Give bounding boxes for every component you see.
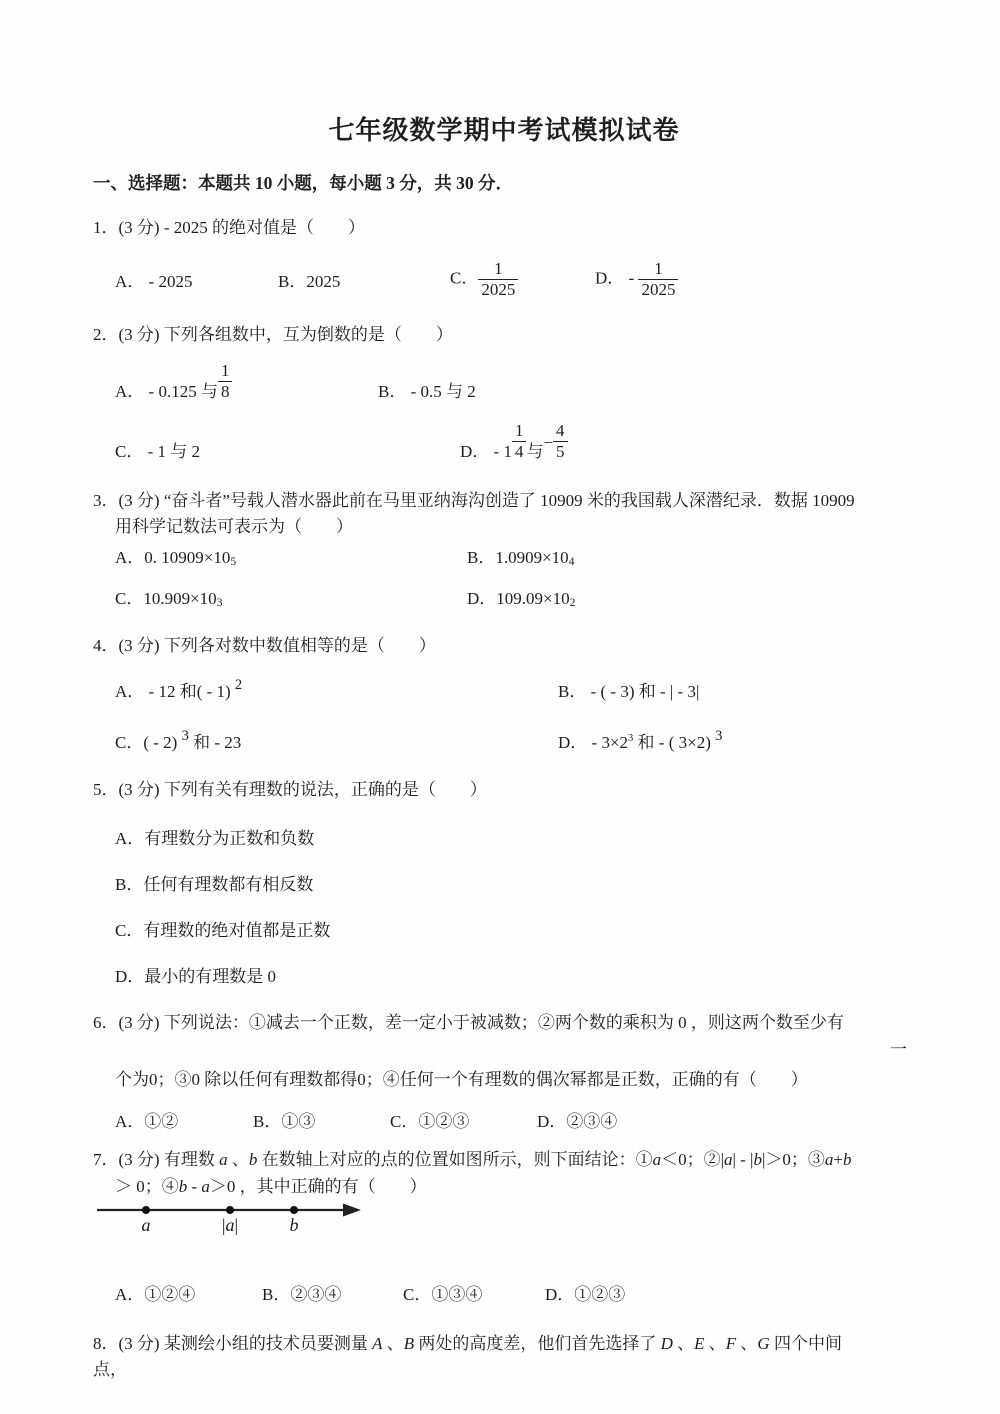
q2-option-d: D． - 114与−45: [460, 422, 568, 462]
q3-option-a-text: A．0. 10909×10: [115, 548, 230, 567]
q1-option-a: A． - 2025: [115, 267, 278, 292]
fraction-numerator: 1: [478, 260, 518, 280]
q1-stem: 1．(3 分) - 2025 的绝对值是（ ）: [93, 215, 915, 241]
q2-option-d-int: - 1: [489, 442, 512, 461]
q2-option-a: A． - 0.125 与18: [115, 362, 378, 402]
q3-option-b-text: B．1.0909×10: [467, 548, 569, 567]
q3-option-d: D．109.09×102: [467, 584, 575, 609]
fraction-numerator: 4: [553, 422, 568, 442]
q4-option-d-text2: 和 - ( 3×2): [633, 733, 711, 752]
point-abs-a-label: |a|: [222, 1215, 238, 1236]
exponent-digit: 3: [217, 597, 223, 609]
fraction-denominator: 2025: [638, 280, 678, 299]
q4-option-a-text: A． - 12 和( - 1): [115, 682, 231, 701]
fraction: 12025: [638, 260, 678, 299]
q4-stem: 4．(3 分) 下列各对数中数值相等的是（ ）: [93, 633, 915, 659]
q2-stem: 2．(3 分) 下列各组数中，互为倒数的是（ ）: [93, 322, 915, 348]
q1-option-c-label: C．: [450, 268, 478, 287]
fraction-numerator: 1: [512, 422, 527, 442]
q1-option-b: B．2025: [278, 267, 450, 292]
q4-option-c: C．( - 2) 3 和 - 23: [115, 728, 558, 753]
fraction-denominator: 5: [553, 442, 568, 461]
q5-stem: 5．(3 分) 下列有关有理数的说法，正确的是（ ）: [93, 777, 915, 803]
q3-option-c: C．10.909×103: [115, 584, 467, 609]
exam-paper-page: 七年级数学期中考试模拟试卷 一、选择题：本题共 10 小题，每小题 3 分，共 …: [0, 0, 1000, 1414]
q5-option-c: C．有理数的绝对值都是正数: [115, 916, 915, 941]
q2-option-d-label: D．: [460, 442, 489, 461]
fraction-denominator: 8: [218, 382, 233, 401]
q1-option-d-label: D． -: [595, 268, 638, 287]
fraction-denominator: 4: [512, 442, 527, 461]
q3-options-row1: A．0. 10909×105 B．1.0909×104: [115, 543, 915, 568]
fraction-numerator: 1: [218, 362, 233, 382]
q3-stem-line1: 3．(3 分) “奋斗者”号载人潜水器此前在马里亚纳海沟创造了 10909 米的…: [93, 488, 915, 514]
q4-option-b: B． - ( - 3) 和 - | - 3|: [558, 677, 699, 702]
superscript: 2: [235, 677, 242, 693]
q8-stem-line2: 点，: [93, 1357, 915, 1383]
q2-options-row1: A． - 0.125 与18 B． - 0.5 与 2: [115, 362, 915, 414]
q3-option-a: A．0. 10909×105: [115, 543, 467, 568]
exponent-digit: 2: [570, 597, 576, 609]
q5-option-a: A．有理数分为正数和负数: [115, 824, 915, 849]
q7-stem-line2: ＞ 0；④b - a＞0 ，其中正确的有（ ）: [93, 1174, 915, 1200]
fraction-numerator: 1: [638, 260, 678, 280]
q2-option-a-text: A． - 0.125 与: [115, 382, 218, 401]
superscript: 3: [182, 728, 189, 744]
q1-options: A． - 2025 B．2025 C．12025 D． - 12025: [115, 250, 915, 310]
q6-stem-hang: 一: [93, 1037, 915, 1063]
q3-stem-line2: 用科学记数法可表示为（ ）: [93, 514, 915, 540]
fraction-denominator: 2025: [478, 280, 518, 299]
q2-options-row2: C． - 1 与 2 D． - 114与−45: [115, 422, 915, 476]
superscript: 3: [715, 728, 722, 744]
q1-option-c: C．12025: [450, 260, 595, 299]
point-a-label: a: [142, 1215, 151, 1236]
q4-option-a: A． - 12 和( - 1) 2: [115, 677, 558, 702]
q6-option-c: C．①②③: [390, 1107, 537, 1132]
section-header: 一、选择题：本题共 10 小题，每小题 3 分，共 30 分．: [93, 170, 915, 195]
page-title: 七年级数学期中考试模拟试卷: [93, 115, 915, 146]
q6-option-a: A．①②: [115, 1107, 253, 1132]
q8-stem-line1: 8．(3 分) 某测绘小组的技术员要测量 A 、B 两处的高度差，他们首先选择了…: [93, 1331, 915, 1357]
q1-option-d: D． - 12025: [595, 260, 678, 299]
q6-stem-line2: 个为0；③0 除以任何有理数都得0；④任何一个有理数的偶次幂都是正数，正确的有（…: [93, 1067, 915, 1093]
q7-option-a: A．①②④: [115, 1280, 262, 1305]
q5-option-b: B．任何有理数都有相反数: [115, 870, 915, 895]
q4-option-c-text: C．( - 2): [115, 733, 177, 752]
fraction: 14: [512, 422, 527, 461]
q2-option-c: C． - 1 与 2: [115, 437, 460, 462]
q7-stem-line1: 7．(3 分) 有理数 a 、b 在数轴上对应的点的位置如图所示，则下面结论：①…: [93, 1147, 915, 1173]
exponent-digit: 4: [569, 556, 575, 568]
q4-options-row2: C．( - 2) 3 和 - 23 D． - 3×23 和 - ( 3×2) 3: [115, 728, 915, 753]
minus-sign: −: [543, 433, 553, 452]
q6-options: A．①② B．①③ C．①②③ D．②③④: [115, 1107, 915, 1132]
q3-option-c-text: C．10.909×10: [115, 589, 217, 608]
q7-option-c: C．①③④: [403, 1280, 545, 1305]
q4-option-c-text2: 和 - 23: [189, 733, 241, 752]
q3-options-row2: C．10.909×103 D．109.09×102: [115, 584, 915, 609]
q7-option-d: D．①②③: [545, 1280, 625, 1305]
fraction: 12025: [478, 260, 518, 299]
q6-option-d: D．②③④: [537, 1107, 617, 1132]
q3-option-b: B．1.0909×104: [467, 543, 574, 568]
q2-option-d-mid: 与: [526, 442, 543, 461]
q6-option-b: B．①③: [253, 1107, 390, 1132]
q7-number-line: a |a| b: [95, 1200, 365, 1254]
fraction: 18: [218, 362, 233, 401]
q5-option-d: D．最小的有理数是 0: [115, 962, 915, 987]
q4-option-d-text: D． - 3×2: [558, 733, 628, 752]
point-b-label: b: [290, 1215, 299, 1236]
exponent-digit: 5: [230, 556, 236, 568]
q7-options: A．①②④ B．②③④ C．①③④ D．①②③: [115, 1280, 915, 1305]
q4-options-row1: A． - 12 和( - 1) 2 B． - ( - 3) 和 - | - 3|: [115, 677, 915, 702]
q3-option-d-text: D．109.09×10: [467, 589, 570, 608]
fraction: 45: [553, 422, 568, 461]
q2-option-b: B． - 0.5 与 2: [378, 377, 476, 402]
q7-option-b: B．②③④: [262, 1280, 403, 1305]
q6-stem-line1: 6．(3 分) 下列说法：①减去一个正数，差一定小于被减数；②两个数的乘积为 0…: [93, 1010, 915, 1036]
q4-option-d: D． - 3×23 和 - ( 3×2) 3: [558, 728, 722, 753]
